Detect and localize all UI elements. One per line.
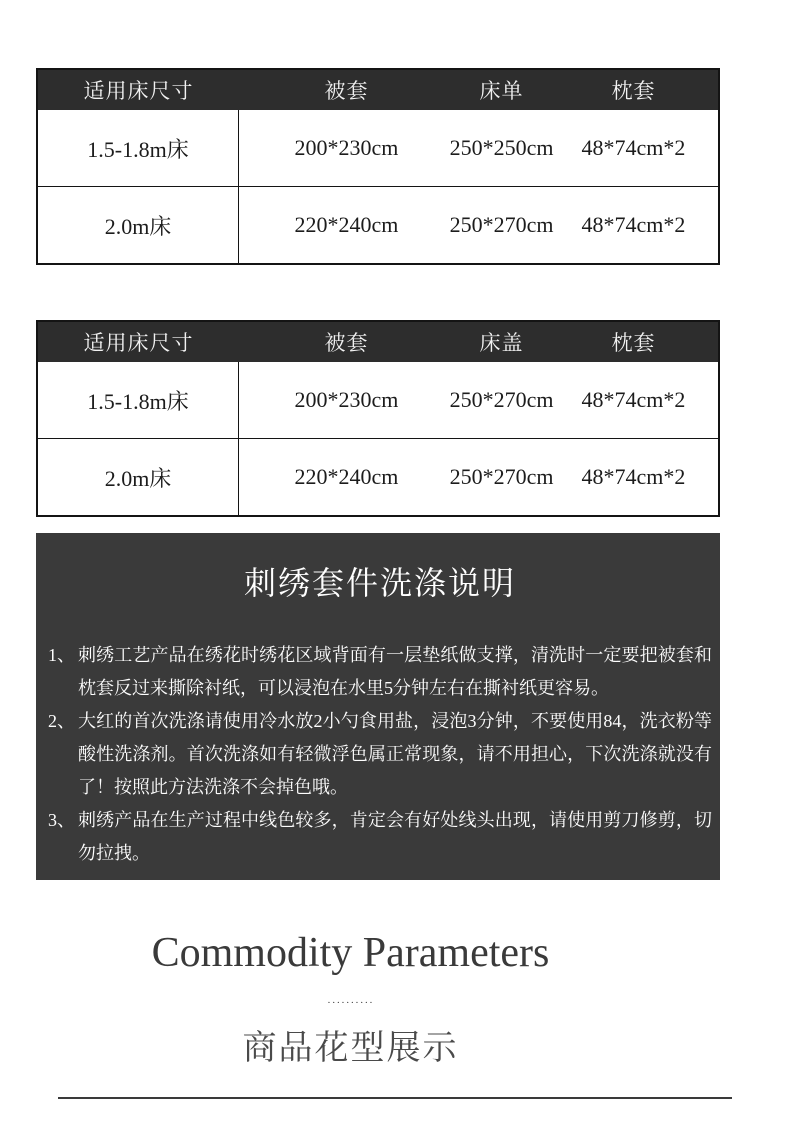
- washing-instructions-list: 1、 刺绣工艺产品在绣花时绣花区域背面有一层垫纸做支撑，清洗时一定要把被套和枕套…: [48, 639, 712, 870]
- washing-instruction-item: 1、 刺绣工艺产品在绣花时绣花区域背面有一层垫纸做支撑，清洗时一定要把被套和枕套…: [48, 639, 712, 705]
- table-cell-bedcover: 250*270cm: [454, 362, 549, 438]
- table-body: 1.5-1.8m床 200*230cm 250*270cm 48*74cm*2 …: [38, 362, 718, 515]
- column-header-sheet: 床单: [454, 75, 549, 105]
- table-cell-bedcover: 250*270cm: [454, 439, 549, 515]
- table-cell-duvet-cover: 220*240cm: [239, 439, 454, 515]
- column-header-pillowcase: 枕套: [549, 327, 718, 357]
- table-cell-sheet: 250*250cm: [454, 110, 549, 186]
- washing-instruction-item: 3、 刺绣产品在生产过程中线色较多，肯定会有好处线头出现，请使用剪刀修剪，切勿拉…: [48, 804, 712, 870]
- table-cell-bed-size: 2.0m床: [38, 439, 239, 515]
- item-number: 1、: [48, 639, 78, 705]
- product-detail-content: 适用床尺寸 被套 床单 枕套 1.5-1.8m床 200*230cm 250*2…: [36, 68, 720, 1071]
- dotted-divider: ··········: [36, 998, 665, 1009]
- table-row: 2.0m床 220*240cm 250*270cm 48*74cm*2: [38, 438, 718, 515]
- table-cell-pillowcase: 48*74cm*2: [549, 187, 718, 263]
- table-header-row: 适用床尺寸 被套 床盖 枕套: [38, 322, 718, 362]
- item-number: 2、: [48, 705, 78, 804]
- table-cell-sheet: 250*270cm: [454, 187, 549, 263]
- table-cell-duvet-cover: 200*230cm: [239, 110, 454, 186]
- item-text: 刺绣产品在生产过程中线色较多，肯定会有好处线头出现，请使用剪刀修剪，切勿拉拽。: [78, 804, 712, 870]
- table-cell-pillowcase: 48*74cm*2: [549, 362, 718, 438]
- size-table-sheet-set: 适用床尺寸 被套 床单 枕套 1.5-1.8m床 200*230cm 250*2…: [36, 68, 720, 265]
- column-header-bed-size: 适用床尺寸: [38, 75, 239, 105]
- table-cell-pillowcase: 48*74cm*2: [549, 439, 718, 515]
- item-number: 3、: [48, 804, 78, 870]
- size-table-bedcover-set: 适用床尺寸 被套 床盖 枕套 1.5-1.8m床 200*230cm 250*2…: [36, 320, 720, 517]
- table-cell-bed-size: 1.5-1.8m床: [38, 110, 239, 186]
- washing-instruction-item: 2、 大红的首次洗涤请使用冷水放2小勺食用盐，浸泡3分钟，不要使用84，洗衣粉等…: [48, 705, 712, 804]
- item-text: 大红的首次洗涤请使用冷水放2小勺食用盐，浸泡3分钟，不要使用84，洗衣粉等酸性洗…: [78, 705, 712, 804]
- table-cell-bed-size: 2.0m床: [38, 187, 239, 263]
- column-header-bedcover: 床盖: [454, 327, 549, 357]
- table-cell-bed-size: 1.5-1.8m床: [38, 362, 239, 438]
- table-row: 2.0m床 220*240cm 250*270cm 48*74cm*2: [38, 186, 718, 263]
- washing-instructions-panel: 刺绣套件洗涤说明 1、 刺绣工艺产品在绣花时绣花区域背面有一层垫纸做支撑，清洗时…: [36, 533, 720, 880]
- column-header-duvet-cover: 被套: [239, 327, 454, 357]
- column-header-bed-size: 适用床尺寸: [38, 327, 239, 357]
- bottom-sections: Commodity Parameters ·········· 商品花型展示: [36, 928, 720, 1071]
- commodity-parameters-title: Commodity Parameters: [36, 928, 665, 978]
- pattern-display-title: 商品花型展示: [36, 1025, 665, 1071]
- table-body: 1.5-1.8m床 200*230cm 250*250cm 48*74cm*2 …: [38, 110, 718, 263]
- column-header-pillowcase: 枕套: [549, 75, 718, 105]
- table-header-row: 适用床尺寸 被套 床单 枕套: [38, 70, 718, 110]
- column-header-duvet-cover: 被套: [239, 75, 454, 105]
- washing-panel-title: 刺绣套件洗涤说明: [48, 561, 712, 605]
- table-cell-pillowcase: 48*74cm*2: [549, 110, 718, 186]
- table-row: 1.5-1.8m床 200*230cm 250*250cm 48*74cm*2: [38, 110, 718, 186]
- table-row: 1.5-1.8m床 200*230cm 250*270cm 48*74cm*2: [38, 362, 718, 438]
- table-cell-duvet-cover: 220*240cm: [239, 187, 454, 263]
- table-cell-duvet-cover: 200*230cm: [239, 362, 454, 438]
- item-text: 刺绣工艺产品在绣花时绣花区域背面有一层垫纸做支撑，清洗时一定要把被套和枕套反过来…: [78, 639, 712, 705]
- bottom-divider-line: [58, 1097, 732, 1099]
